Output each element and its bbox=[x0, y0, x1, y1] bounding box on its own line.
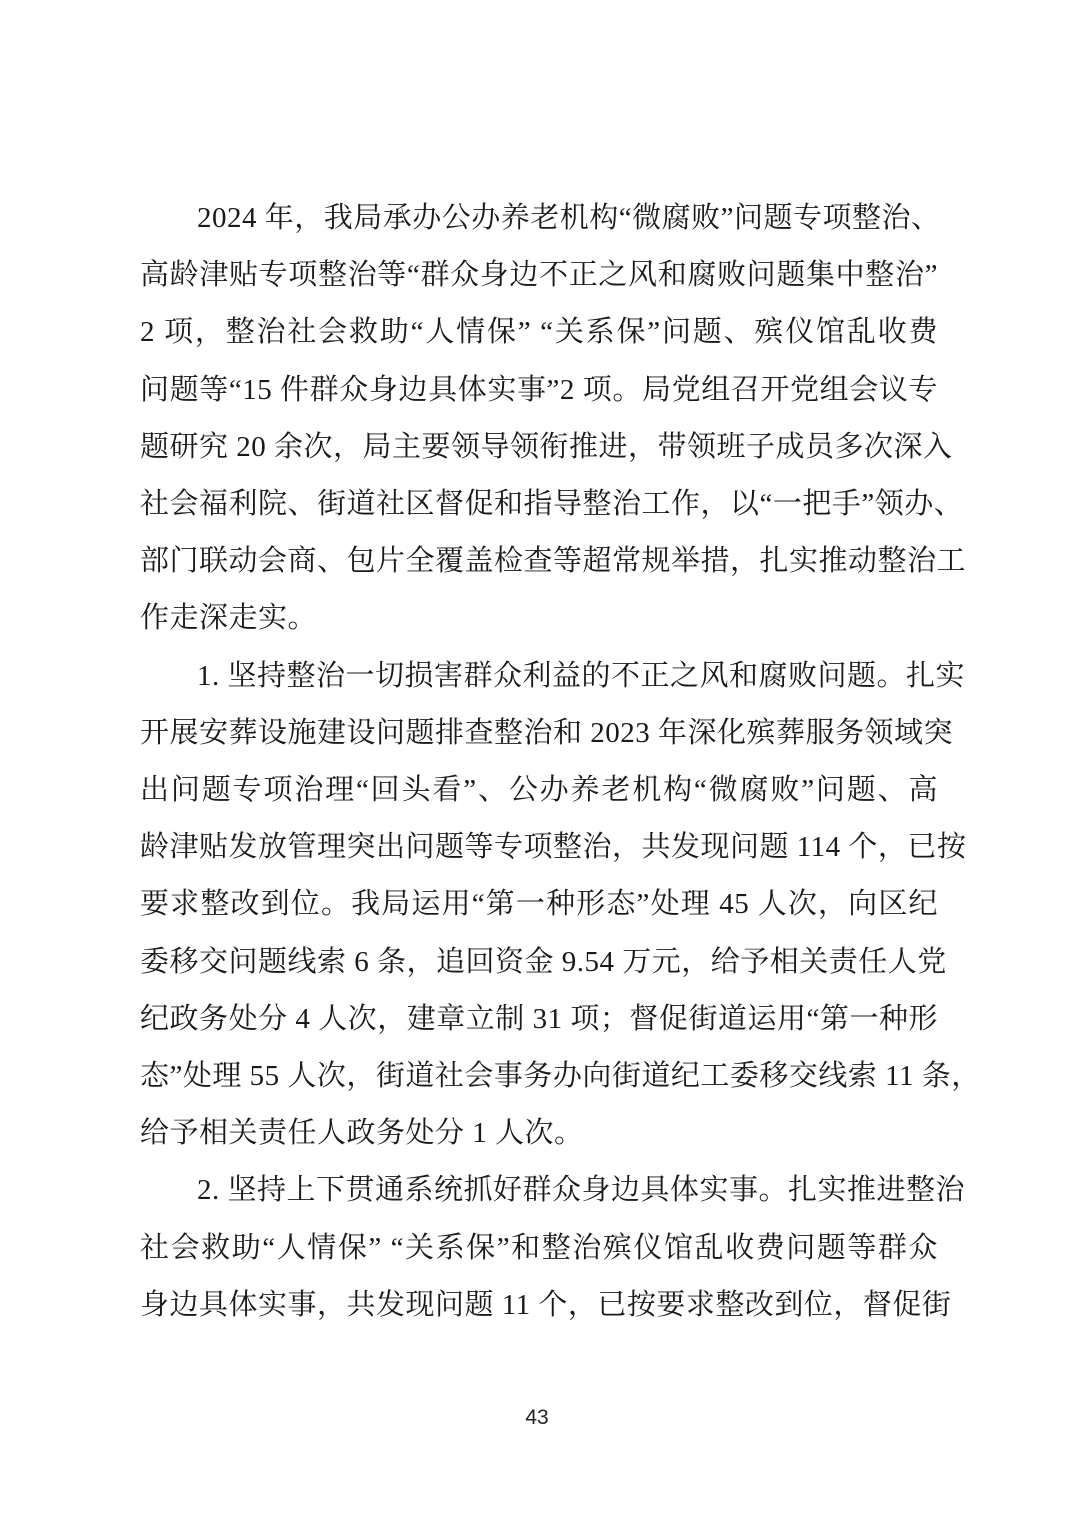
paragraph-point-1: 1. 坚持整治一切损害群众利益的不正之风和腐败问题。扎实开展安葬设施建设问题排查… bbox=[140, 648, 938, 1163]
text-line: 作走深走实。 bbox=[140, 590, 938, 647]
text-line: 2 项，整治社会救助“人情保” “关系保”问题、殡仪馆乱收费 bbox=[140, 304, 938, 361]
page-footer: 43 bbox=[0, 1406, 1074, 1430]
text-line: 1. 坚持整治一切损害群众利益的不正之风和腐败问题。扎实 bbox=[140, 648, 938, 705]
text-line: 2. 坚持上下贯通系统抓好群众身边具体实事。扎实推进整治 bbox=[140, 1162, 938, 1219]
text-line: 问题等“15 件群众身边具体实事”2 项。局党组召开党组会议专 bbox=[140, 362, 938, 419]
text-line: 龄津贴发放管理突出问题等专项整治，共发现问题 114 个，已按 bbox=[140, 819, 938, 876]
text-line: 2024 年，我局承办公办养老机构“微腐败”问题专项整治、 bbox=[140, 190, 938, 247]
text-line: 题研究 20 余次，局主要领导领衔推进，带领班子成员多次深入 bbox=[140, 419, 938, 476]
text-line: 纪政务处分 4 人次，建章立制 31 项；督促街道运用“第一种形 bbox=[140, 991, 938, 1048]
text-line: 态”处理 55 人次，街道社会事务办向街道纪工委移交线索 11 条， bbox=[140, 1048, 938, 1105]
text-line: 社会福利院、街道社区督促和指导整治工作，以“一把手”领办、 bbox=[140, 476, 938, 533]
text-line: 开展安葬设施建设问题排查整治和 2023 年深化殡葬服务领域突 bbox=[140, 705, 938, 762]
text-line: 要求整改到位。我局运用“第一种形态”处理 45 人次，向区纪 bbox=[140, 876, 938, 933]
text-line: 部门联动会商、包片全覆盖检查等超常规举措，扎实推动整治工 bbox=[140, 533, 938, 590]
text-line: 高龄津贴专项整治等“群众身边不正之风和腐败问题集中整治” bbox=[140, 247, 938, 304]
page-number: 43 bbox=[525, 1406, 548, 1429]
text-line: 身边具体实事，共发现问题 11 个，已按要求整改到位，督促街 bbox=[140, 1277, 938, 1334]
paragraph-point-2: 2. 坚持上下贯通系统抓好群众身边具体实事。扎实推进整治社会救助“人情保” “关… bbox=[140, 1162, 938, 1334]
text-line: 社会救助“人情保” “关系保”和整治殡仪馆乱收费问题等群众 bbox=[140, 1220, 938, 1277]
text-line: 委移交问题线索 6 条，追回资金 9.54 万元，给予相关责任人党 bbox=[140, 934, 938, 991]
document-body: 2024 年，我局承办公办养老机构“微腐败”问题专项整治、高龄津贴专项整治等“群… bbox=[140, 190, 938, 1334]
document-page: 2024 年，我局承办公办养老机构“微腐败”问题专项整治、高龄津贴专项整治等“群… bbox=[0, 0, 1074, 1520]
paragraph-intro: 2024 年，我局承办公办养老机构“微腐败”问题专项整治、高龄津贴专项整治等“群… bbox=[140, 190, 938, 648]
text-line: 给予相关责任人政务处分 1 人次。 bbox=[140, 1105, 938, 1162]
text-line: 出问题专项治理“回头看”、公办养老机构“微腐败”问题、高 bbox=[140, 762, 938, 819]
